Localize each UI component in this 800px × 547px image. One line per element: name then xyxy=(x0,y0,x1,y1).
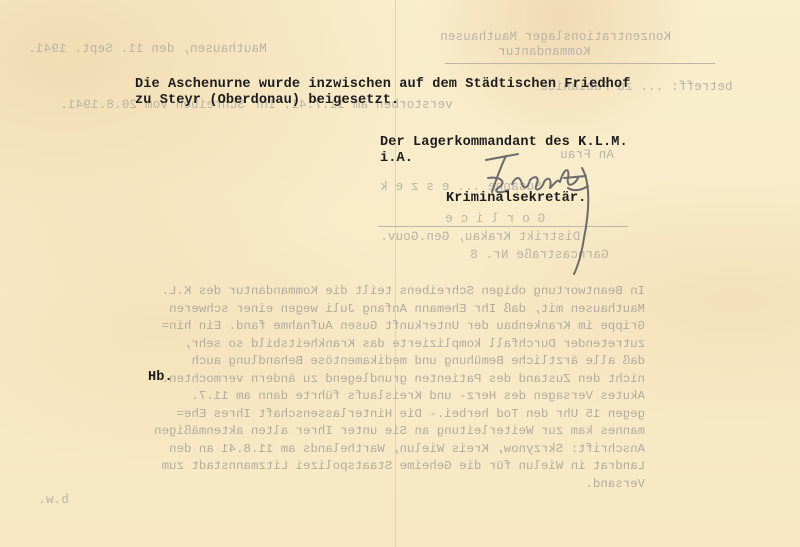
ghost-date-line: Mauthausen, den 11. Sept. 1941. xyxy=(28,42,267,56)
ghost-body-line: In Beantwortung obigen Schreibens teilt … xyxy=(45,283,645,301)
ghost-body-line: gegen 15 Uhr den Tod herbei.- Die Hinter… xyxy=(45,406,645,424)
body-line-1: Die Aschenurne wurde inzwischen auf dem … xyxy=(135,77,630,92)
handwritten-signature xyxy=(478,148,618,278)
ghost-body-line: Versand. xyxy=(45,476,645,494)
ghost-header-rule xyxy=(445,63,715,64)
ghost-body-paragraph: In Beantwortung obigen Schreibens teilt … xyxy=(45,283,645,493)
ghost-body-line: Mauthausen mit, daß Ihr Ehemann Anfang J… xyxy=(45,301,645,319)
ghost-org-line1: Konzentrationslager Mauthausen xyxy=(440,30,671,44)
ghost-body-line: Anschrift: Skrzynow, Kreis Wielun, Warth… xyxy=(45,441,645,459)
ghost-footer-initials: b.w. xyxy=(38,493,69,507)
ghost-body-line: Landrat in Wielun für die Geheime Staats… xyxy=(45,458,645,476)
typist-initials: Hb. xyxy=(148,370,173,385)
signature-title: Kriminalsekretär. xyxy=(446,191,586,206)
ghost-body-line: mannes kam zur Weiterleitung an Sie unte… xyxy=(45,423,645,441)
body-line-2: zu Steyr (Oberdonau) beigesetzt. xyxy=(135,93,399,108)
signature-ia-line: i.A. xyxy=(380,151,413,166)
ghost-org-line2: Kommandantur xyxy=(498,45,590,59)
document-page: Konzentrationslager Mauthausen Kommandan… xyxy=(0,0,800,547)
ghost-body-line: daß alle ärztliche Bemühung und medikame… xyxy=(45,353,645,371)
ghost-body-line: Grippe im Krankenbau der Unterkunft Guse… xyxy=(45,318,645,336)
ghost-body-line: zutretender Durchfall komplizierte das K… xyxy=(45,336,645,354)
ghost-body-line: nicht den Zustand des Patienten grundleg… xyxy=(45,371,645,389)
ghost-body-line: Akutes Versagen des Herz- und Kreislaufs… xyxy=(45,388,645,406)
